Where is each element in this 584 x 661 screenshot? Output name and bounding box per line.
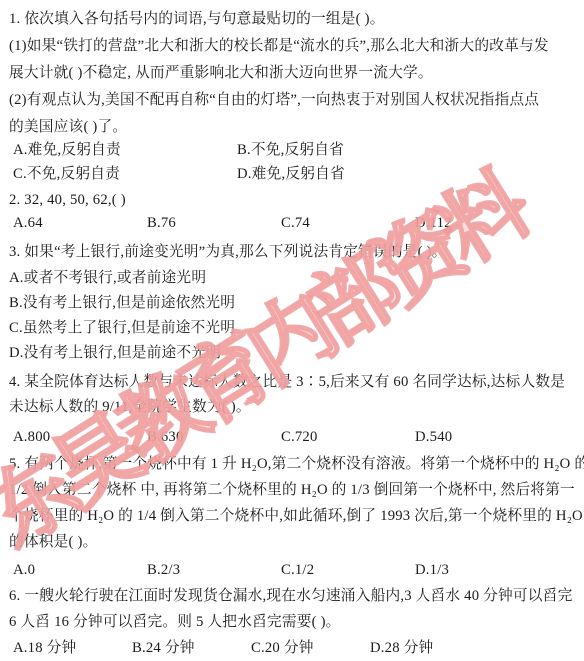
option-item: B.不免,反躬自省 [237, 141, 344, 159]
option-item: B.2/3 [147, 561, 281, 579]
doc-line: D.没有考上银行,但是前途不光明 [9, 344, 221, 362]
doc-line: 1. 依次填入各句括号内的词语,与句意最贴切的一组是( )。 [9, 10, 385, 28]
doc-line: 展大计就( )不稳定, 从而严重影响北大和浙大迈向世界一流大学。 [9, 64, 433, 82]
option-item: C.20 分钟 [251, 639, 370, 657]
option-item: C.74 [281, 214, 415, 232]
option-item: A.0 [13, 561, 147, 579]
option-item: C.720 [281, 428, 415, 446]
option-row: A.0B.2/3C.1/2D.1/3 [13, 561, 449, 579]
option-item: A.18 分钟 [13, 639, 132, 657]
option-item: B.76 [147, 214, 281, 232]
exam-page: 1. 依次填入各句括号内的词语,与句意最贴切的一组是( )。(1)如果“铁打的营… [0, 0, 584, 661]
doc-line: 5. 有两个烧杯,第一个烧杯中有 1 升 H₂O,第二个烧杯没有溶液。将第一个烧… [9, 455, 584, 473]
doc-line: (1)如果“铁打的营盘”北大和浙大的校长都是“流水的兵”,那么北大和浙大的改革与… [9, 37, 549, 55]
doc-line: 6 人舀 16 分钟可以舀完。则 5 人把水舀完需要( )。 [9, 613, 341, 631]
option-row: A.64B.76C.74D.112 [13, 214, 452, 232]
doc-line: C.虽然考上了银行,但是前途不光明 [9, 319, 235, 337]
option-item: A.64 [13, 214, 147, 232]
doc-line: A.或者不考银行,或者前途光明 [9, 269, 206, 287]
doc-line: 1/2 倒入第二个烧杯 中, 再将第二个烧杯里的 H₂O 的 1/3 倒回第一个… [9, 481, 575, 499]
doc-line: 3. 如果“考上银行,前途变光明”为真,那么下列说法肯定错误的是( )。 [9, 243, 447, 261]
doc-line: 个烧杯里的 H₂O 的 1/4 倒入第二个烧杯中,如此循环,倒了 1993 次后… [9, 507, 583, 525]
option-item: A.难免,反躬自责 [13, 141, 237, 159]
doc-line: 2. 32, 40, 50, 62,( ) [9, 191, 126, 209]
option-item: D.1/3 [415, 561, 449, 579]
doc-line: 6. 一艘火轮行驶在江面时发现货仓漏水,现在水匀速涌入船内,3 人舀水 40 分… [9, 587, 572, 605]
doc-line: B.没有考上银行,但是前途依然光明 [9, 294, 235, 312]
option-item: A.800 [13, 428, 147, 446]
option-row: A.18 分钟B.24 分钟C.20 分钟D.28 分钟 [13, 639, 433, 657]
option-item: D.难免,反躬自省 [237, 165, 345, 183]
option-item: B.24 分钟 [132, 639, 251, 657]
option-row: A.800B.630C.720D.540 [13, 428, 452, 446]
option-item: D.112 [415, 214, 452, 232]
doc-line: 的美国应该( )了。 [9, 118, 127, 136]
option-item: D.28 分钟 [370, 639, 433, 657]
doc-line: 未达标人数的 9/11,全院学生数为( )。 [9, 398, 251, 416]
doc-line: 的体积是( )。 [9, 533, 98, 551]
option-item: D.540 [415, 428, 452, 446]
doc-line: (2)有观点认为,美国不配再自称“自由的灯塔”,一向热衷于对别国人权状况指指点点 [9, 91, 539, 109]
option-item: B.630 [147, 428, 281, 446]
option-row: C.不免,反躬自责D.难免,反躬自省 [13, 165, 345, 183]
option-item: C.不免,反躬自责 [13, 165, 237, 183]
doc-line: 4. 某全院体育达标人数与未达标人数之比是 3∶5,后来又有 60 名同学达标,… [9, 373, 565, 391]
option-row: A.难免,反躬自责B.不免,反躬自省 [13, 141, 344, 159]
option-item: C.1/2 [281, 561, 415, 579]
